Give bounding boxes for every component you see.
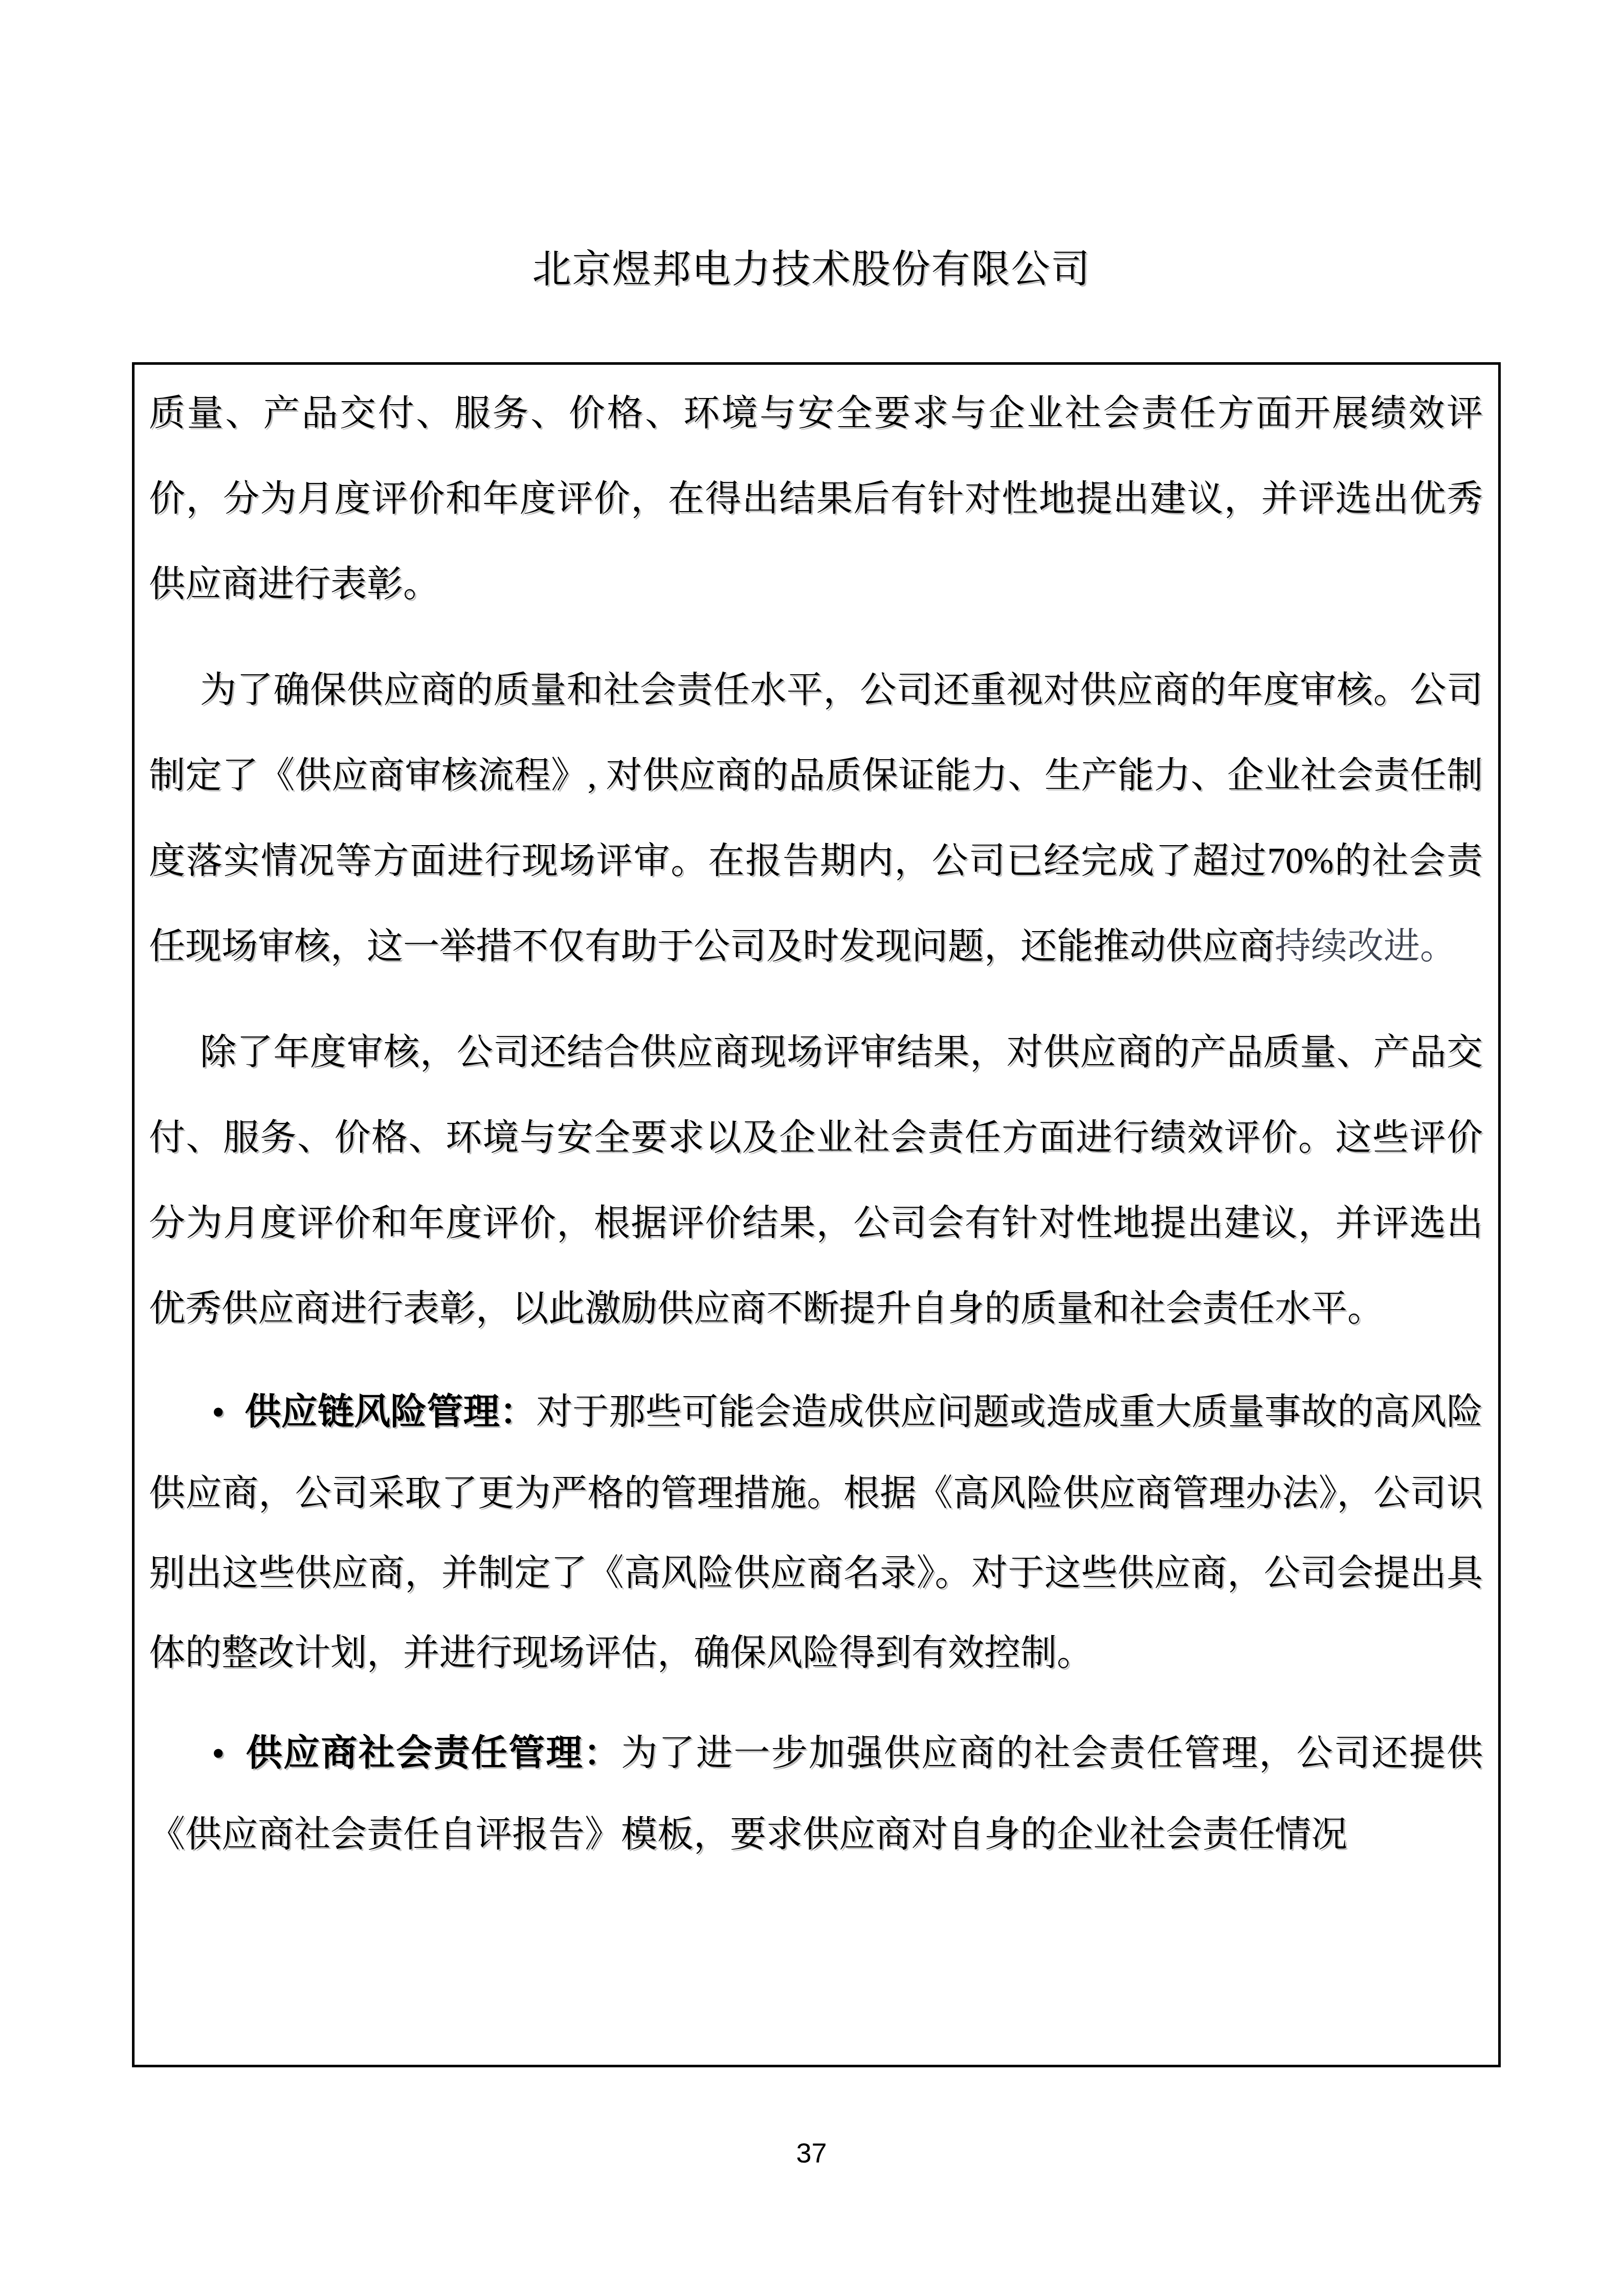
bullet-icon: • [209, 1396, 227, 1431]
bullet-icon: • [209, 1737, 227, 1773]
page-number: 37 [0, 2137, 1623, 2169]
text-run: 供应链风险管理： [244, 1392, 536, 1432]
content-box: 质量、产品交付、服务、价格、环境与安全要求与企业社会责任方面开展绩效评价，分为月… [132, 362, 1501, 2067]
text-run: 质量、产品交付、服务、价格、环境与安全要求与企业社会责任方面开展绩效评价，分为月… [149, 393, 1483, 604]
text-run: 除了年度审核，公司还结合供应商现场评审结果，对供应商的产品质量、产品交付、服务、… [149, 1032, 1483, 1329]
text-run: 供应商社会责任管理： [244, 1733, 621, 1773]
text-run: 为了确保供应商的质量和社会责任水平，公司还重视对供应商的年度审核。公司制定了《供… [149, 670, 1483, 966]
paragraph: 除了年度审核，公司还结合供应商现场评审结果，对供应商的产品质量、产品交付、服务、… [149, 1010, 1483, 1352]
document-page: 北京煜邦电力技术股份有限公司 质量、产品交付、服务、价格、环境与安全要求与企业社… [0, 0, 1623, 2296]
company-title: 北京煜邦电力技术股份有限公司 [0, 247, 1623, 293]
paragraph: 质量、产品交付、服务、价格、环境与安全要求与企业社会责任方面开展绩效评价，分为月… [149, 371, 1483, 627]
text-run: 对于那些可能会造成供应问题或造成重大质量事故的高风险供应商，公司采取了更为严格的… [149, 1392, 1483, 1673]
bullet-item: •供应商社会责任管理：为了进一步加强供应商的社会责任管理，公司还提供《供应商社会… [149, 1713, 1483, 1874]
bullet-item: •供应链风险管理：对于那些可能会造成供应问题或造成重大质量事故的高风险供应商，公… [149, 1372, 1483, 1693]
text-run: 持续改进。 [1275, 926, 1456, 966]
paragraph: 为了确保供应商的质量和社会责任水平，公司还重视对供应商的年度审核。公司制定了《供… [149, 648, 1483, 989]
